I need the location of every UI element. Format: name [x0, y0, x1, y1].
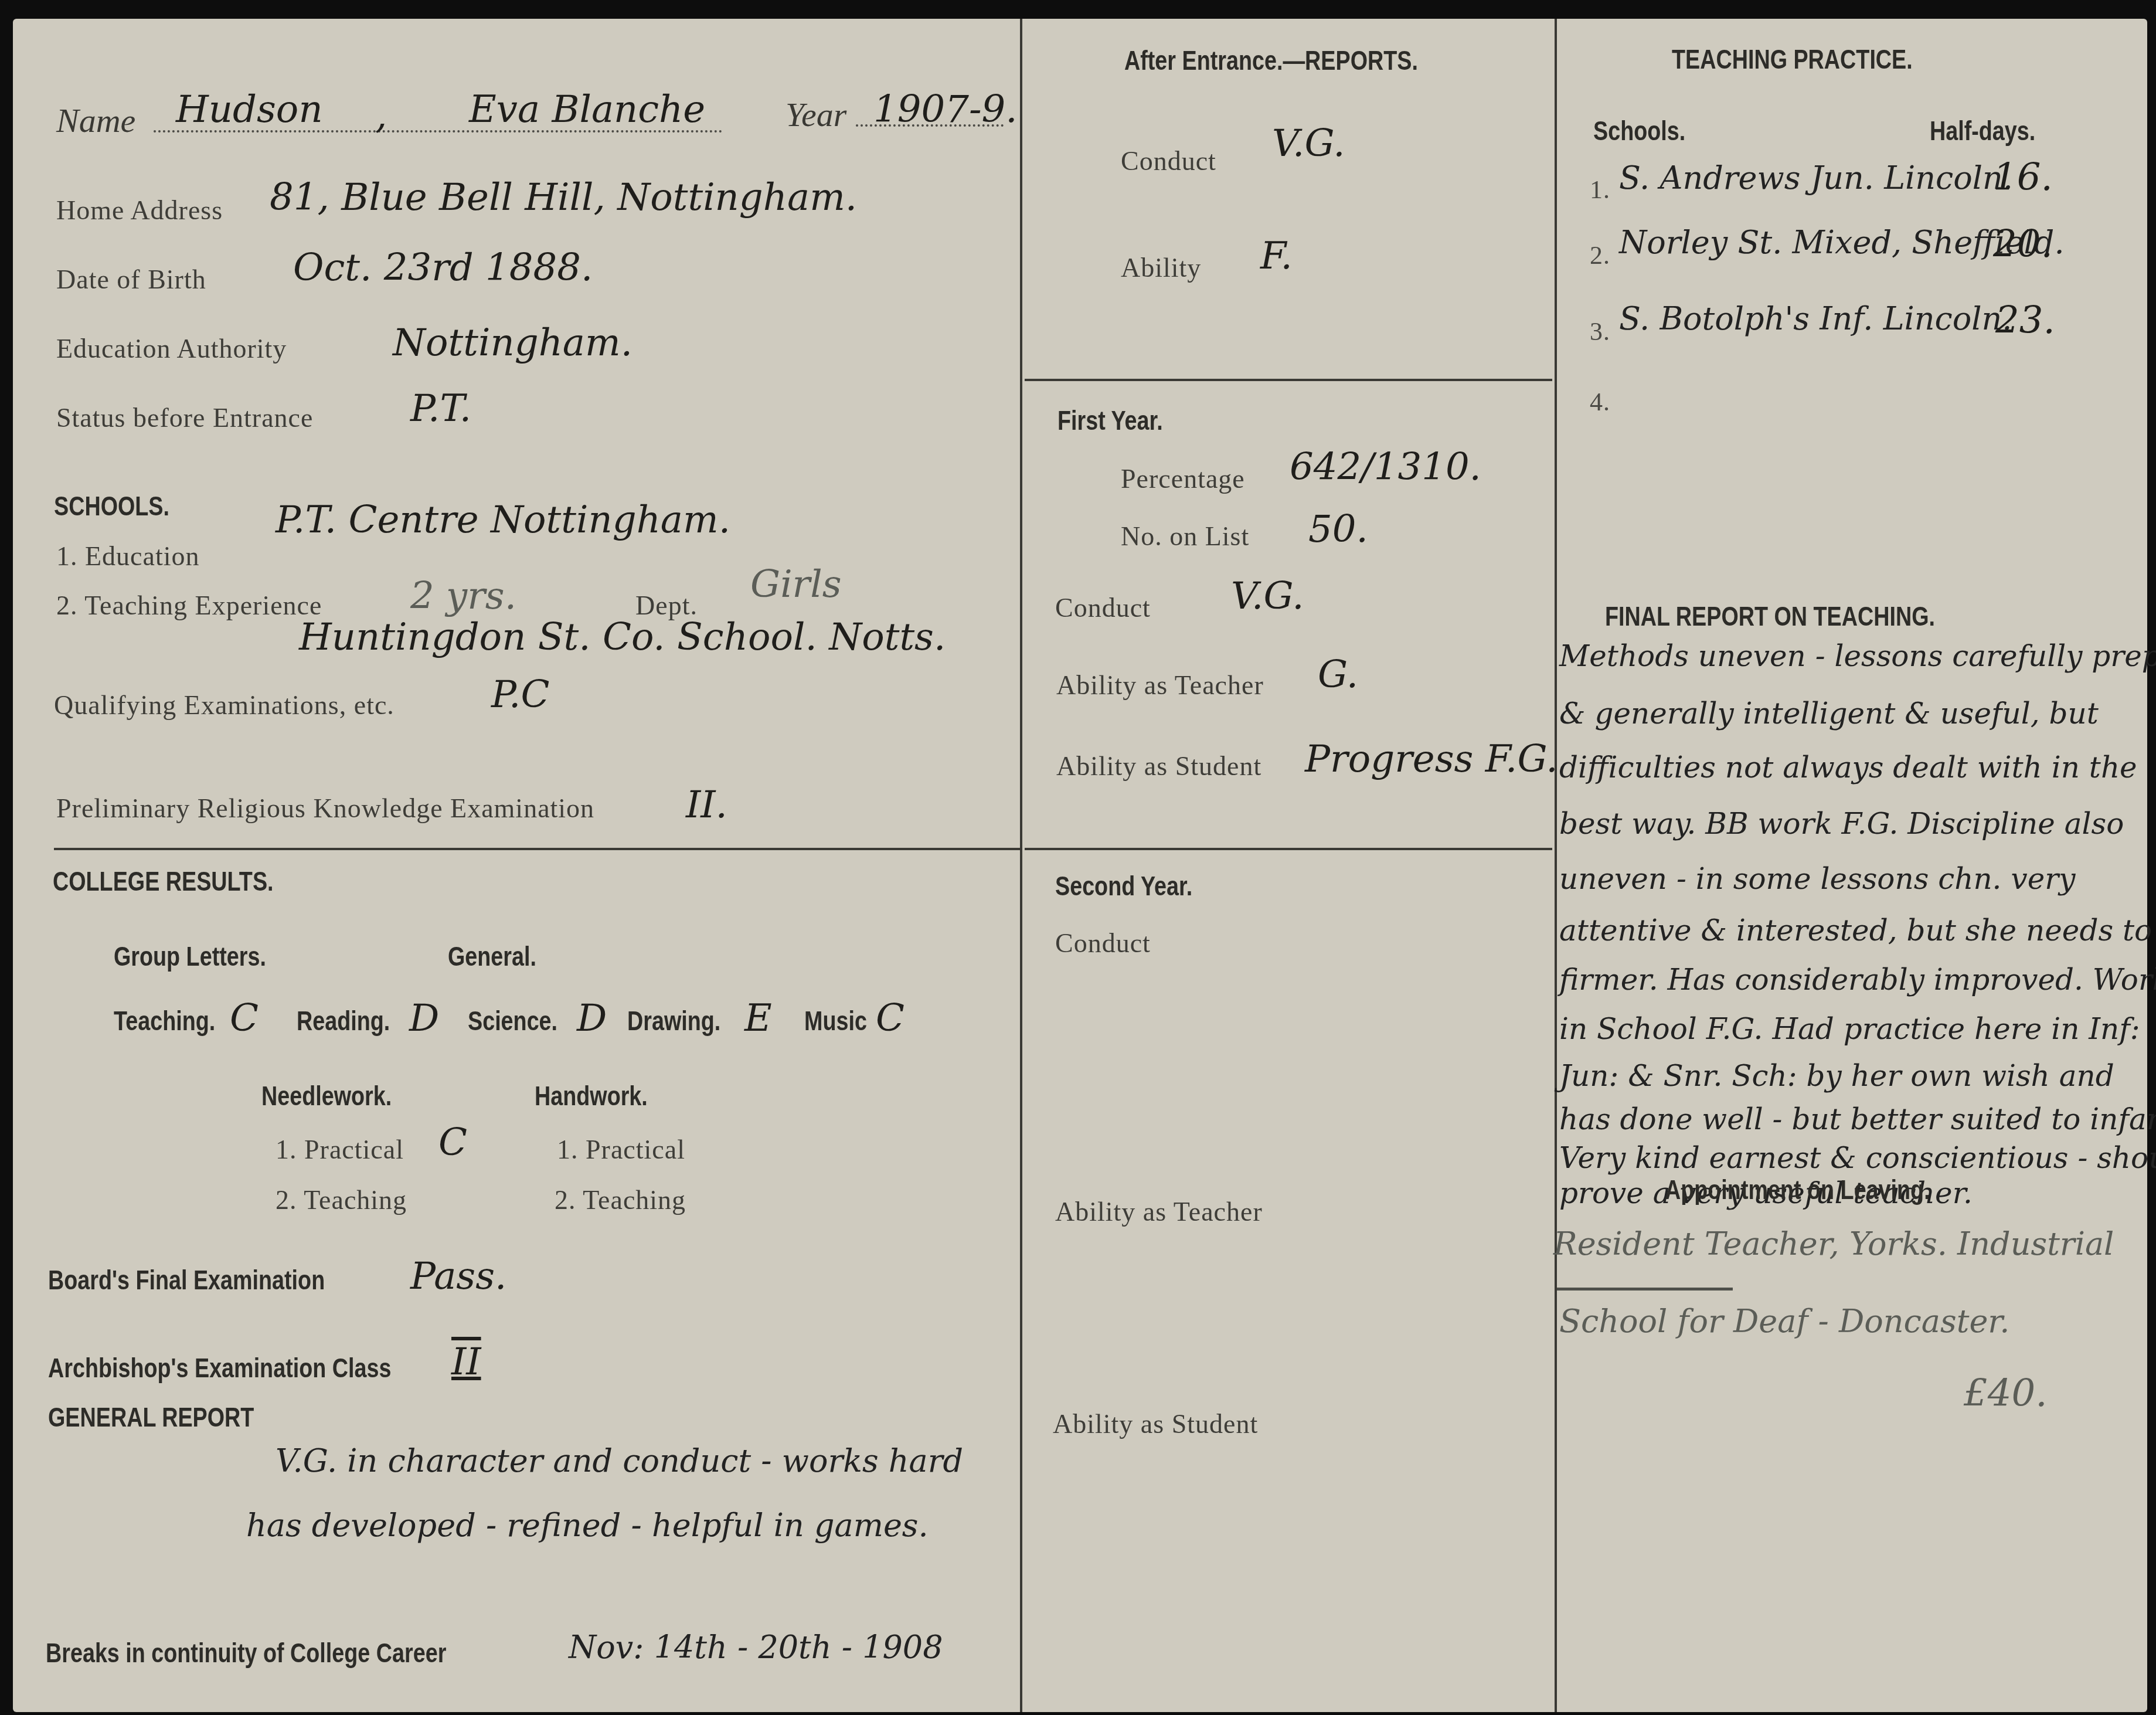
divider-middle-right: [1555, 19, 1557, 1712]
first-year-ability-student-value: Progress F.G.: [1305, 738, 1558, 781]
schools-column-label: Schools.: [1593, 115, 1685, 147]
name-given: Eva Blanche: [469, 88, 705, 131]
dob-label: Date of Birth: [56, 264, 206, 295]
boards-final-value: Pass.: [410, 1255, 506, 1298]
practice-3-school: S. Botolph's Inf. Lincoln.: [1619, 300, 2012, 337]
year-label: Year: [785, 95, 846, 134]
archbishop-label: Archbishop's Examination Class: [48, 1352, 391, 1384]
no-on-list-label: No. on List: [1121, 521, 1249, 552]
divider-middle-first-year: [1025, 379, 1552, 381]
subject-drawing-grade: E: [744, 997, 772, 1040]
first-year-ability-student-label: Ability as Student: [1056, 750, 1261, 782]
first-year-conduct-value: V.G.: [1231, 575, 1304, 618]
final-report-line-9: Jun: & Snr. Sch: by her own wish and: [1559, 1059, 2114, 1093]
subject-teaching-grade: C: [230, 997, 259, 1040]
final-report-line-6: attentive & interested, but she needs to…: [1559, 913, 2156, 948]
second-year-ability-teacher-label: Ability as Teacher: [1055, 1196, 1263, 1227]
home-address-label: Home Address: [56, 195, 223, 226]
religious-knowledge-label: Preliminary Religious Knowledge Examinat…: [56, 793, 594, 824]
name-label: Name: [56, 101, 135, 140]
status-value: P.T.: [410, 387, 471, 430]
first-year-ability-teacher-value: G.: [1318, 653, 1358, 697]
after-entrance-ability-label: Ability: [1121, 252, 1201, 283]
appointment-line-2: School for Deaf - Doncaster.: [1559, 1303, 2009, 1340]
appointment-salary: £40.: [1964, 1372, 2048, 1415]
divider-left-middle: [1020, 19, 1022, 1712]
subject-grades-row: Teaching. C Reading. D Science. D Drawin…: [114, 997, 993, 1044]
final-report-line-7: firmer. Has considerably improved. Work: [1559, 963, 2156, 997]
subject-teaching-label: Teaching.: [114, 1005, 215, 1037]
subject-reading-grade: D: [409, 997, 439, 1040]
appointment-heading: Appointment on Leaving.: [1665, 1174, 1930, 1205]
practice-1-school: S. Andrews Jun. Lincoln.: [1619, 159, 2013, 196]
archbishop-value: II: [451, 1340, 481, 1384]
schools-heading: SCHOOLS.: [54, 490, 169, 522]
teaching-experience-label: 2. Teaching Experience: [56, 590, 322, 621]
practice-1-half-days: 16.: [1993, 156, 2053, 199]
handwork-label: Handwork.: [535, 1080, 648, 1112]
dept-value: Girls: [750, 563, 842, 606]
practice-2-half-days: 20.: [1993, 223, 2053, 266]
group-letters-label: Group Letters.: [114, 940, 266, 972]
final-report-line-11: Very kind earnest & conscientious - shou…: [1559, 1141, 2156, 1175]
general-label: General.: [448, 940, 536, 972]
status-label: Status before Entrance: [56, 402, 313, 433]
final-report-line-1: Methods uneven - lessons carefully prep:: [1559, 639, 2156, 673]
education-authority-label: Education Authority: [56, 333, 287, 364]
religious-knowledge-value: II.: [686, 783, 727, 827]
breaks-value: Nov: 14th - 20th - 1908: [569, 1629, 943, 1666]
no-on-list-value: 50.: [1308, 508, 1368, 551]
second-year-conduct-label: Conduct: [1055, 928, 1151, 959]
subject-reading-label: Reading.: [297, 1005, 390, 1037]
practice-3-num: 3.: [1590, 317, 1610, 347]
subject-music-label: Music: [804, 1005, 867, 1037]
first-year-heading: First Year.: [1057, 405, 1163, 436]
breaks-label: Breaks in continuity of College Career: [46, 1637, 446, 1669]
general-report-heading: GENERAL REPORT: [48, 1401, 254, 1433]
teaching-experience-value: 2 yrs.: [410, 575, 516, 618]
needlework-label: Needlework.: [261, 1080, 392, 1112]
final-report-line-5: uneven - in some lessons chn. very: [1559, 862, 2075, 896]
final-report-line-3: difficulties not always dealt with in th…: [1559, 750, 2137, 785]
needlework-practical-grade: C: [438, 1121, 467, 1164]
divider-left-college-results: [54, 848, 1020, 850]
final-report-line-10: has done well - but better suited to inf…: [1559, 1102, 2156, 1136]
final-report-line-8: in School F.G. Had practice here in Inf:: [1559, 1012, 2140, 1046]
final-report-line-4: best way. BB work F.G. Discipline also: [1559, 807, 2124, 841]
name-comma: ,: [375, 94, 387, 137]
second-year-ability-student-label: Ability as Student: [1053, 1408, 1258, 1439]
percentage-value: 642/1310.: [1290, 446, 1481, 489]
name-surname: Hudson: [176, 88, 323, 131]
practice-4-num: 4.: [1590, 387, 1610, 417]
education-value: P.T. Centre Nottingham.: [276, 498, 730, 542]
general-report-line-2: has developed - refined - helpful in gam…: [246, 1507, 929, 1544]
education-authority-value: Nottingham.: [393, 321, 632, 365]
subject-science-label: Science.: [468, 1005, 557, 1037]
dob-value: Oct. 23rd 1888.: [293, 246, 593, 290]
qualifying-value: P.C: [491, 673, 549, 716]
needlework-practical-label: 1. Practical: [276, 1134, 404, 1165]
handwork-teaching-label: 2. Teaching: [555, 1184, 686, 1215]
divider-middle-second-year: [1025, 848, 1552, 850]
education-label: 1. Education: [56, 541, 200, 572]
year-value: 1907-9.: [873, 88, 1018, 131]
appointment-underline: [1557, 1288, 1733, 1291]
half-days-column-label: Half-days.: [1930, 115, 2035, 147]
first-year-ability-teacher-label: Ability as Teacher: [1056, 670, 1264, 701]
final-report-line-2: & generally intelligent & useful, but: [1559, 697, 2099, 731]
boards-final-label: Board's Final Examination: [48, 1264, 325, 1296]
practice-3-half-days: 23.: [1995, 299, 2055, 342]
subject-music-grade: C: [876, 997, 904, 1040]
appointment-line-1: Resident Teacher, Yorks. Industrial: [1553, 1225, 2114, 1262]
practice-1-num: 1.: [1590, 175, 1610, 205]
after-entrance-heading: After Entrance.—REPORTS.: [1124, 45, 1418, 76]
qualifying-label: Qualifying Examinations, etc.: [54, 690, 395, 721]
general-report-line-1: V.G. in character and conduct - works ha…: [276, 1442, 963, 1479]
after-entrance-conduct-value: V.G.: [1272, 122, 1345, 165]
handwork-practical-label: 1. Practical: [557, 1134, 685, 1165]
first-year-conduct-label: Conduct: [1055, 592, 1151, 623]
after-entrance-conduct-label: Conduct: [1121, 145, 1216, 176]
percentage-label: Percentage: [1121, 463, 1245, 494]
subject-drawing-label: Drawing.: [627, 1005, 720, 1037]
needlework-teaching-label: 2. Teaching: [276, 1184, 407, 1215]
teaching-experience-school: Huntingdon St. Co. School. Notts.: [299, 616, 946, 659]
after-entrance-ability-value: F.: [1260, 235, 1293, 278]
second-year-heading: Second Year.: [1055, 870, 1192, 902]
practice-2-num: 2.: [1590, 240, 1610, 270]
home-address-value: 81, Blue Bell Hill, Nottingham.: [270, 176, 857, 219]
final-report-heading: FINAL REPORT ON TEACHING.: [1605, 600, 1935, 632]
teaching-practice-heading: TEACHING PRACTICE.: [1672, 43, 1913, 75]
subject-science-grade: D: [577, 997, 607, 1040]
college-results-heading: COLLEGE RESULTS.: [53, 865, 274, 897]
